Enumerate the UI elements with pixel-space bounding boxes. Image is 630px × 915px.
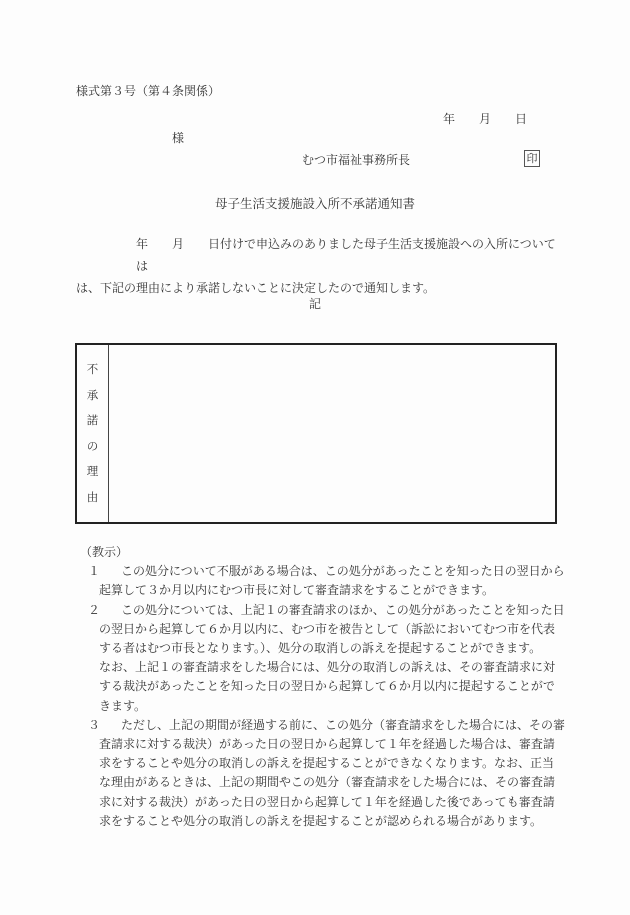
body-month-label: 月	[172, 237, 184, 251]
document-title: 母子生活支援施設入所不承諾通知書	[0, 194, 630, 212]
reason-label-char: 承	[87, 383, 99, 409]
reason-label-char: 不	[87, 357, 99, 383]
instruction-line: 求をすることや処分の取消しの訴えを提起することができなくなります。なお、正当	[99, 754, 560, 773]
reason-label-cell: 不 承 諾 の 理 由	[77, 345, 109, 522]
form-number: 様式第３号（第４条関係）	[76, 82, 220, 99]
instruction-line: 査請求に対する裁決）があった日の翌日から起算して１年を経過した場合は、審査請	[99, 735, 560, 754]
reason-label-char: 諾	[87, 408, 99, 434]
notice-body-line-1: 年月日付けで申込みのありました母子生活支援施設への入所については	[76, 233, 560, 277]
body-year-label: 年	[136, 237, 148, 251]
reason-content-cell[interactable]	[109, 345, 555, 522]
date-month-label: 月	[479, 110, 515, 127]
ki-heading: 記	[0, 295, 630, 312]
instruction-number: １	[88, 562, 100, 581]
seal-stamp-icon: 印	[524, 150, 540, 167]
instruction-line: 起算して３か月以内にむつ市長に対して審査請求をすることができます。	[99, 581, 560, 600]
reason-table: 不 承 諾 の 理 由	[75, 343, 557, 524]
instruction-line: の翌日から起算して６か月以内に、むつ市を被告として（訴訟においてむつ市を代表	[99, 620, 560, 639]
notice-body: 年月日付けで申込みのありました母子生活支援施設への入所については は、下記の理由…	[76, 233, 560, 299]
instruction-line: ただし、上記の期間が経過する前に、この処分（審査請求をした場合には、その審	[99, 716, 560, 735]
issuer-name: むつ市福祉事務所長	[302, 151, 410, 168]
reason-label-char: 由	[87, 485, 99, 511]
instructions-section: （教示） １ この処分について不服がある場合は、この処分があったことを知った日の…	[80, 543, 560, 831]
instruction-line: なお、上記１の審査請求をした場合には、処分の取消しの訴えは、その審査請求に対	[99, 658, 560, 677]
addressee-suffix: 様	[172, 129, 184, 146]
reason-label-char: の	[87, 434, 99, 460]
instruction-item-3: ３ ただし、上記の期間が経過する前に、この処分（審査請求をした場合には、その審 …	[80, 716, 560, 831]
instruction-line: きます。	[99, 697, 560, 716]
instruction-line: する者はむつ市長となります。）、処分の取消しの訴えを提起することができます。	[99, 639, 560, 658]
date-day-label: 日	[515, 110, 527, 127]
instruction-line: な理由があるときは、上記の期間やこの処分（審査請求をした場合には、その審査請	[99, 773, 560, 792]
instruction-line: 求に対する裁決）があった日の翌日から起算して１年を経過した後であっても審査請	[99, 793, 560, 812]
instruction-number: ２	[88, 601, 100, 620]
instruction-line: 求をすることや処分の取消しの訴えを提起することが認められる場合があります。	[99, 812, 560, 831]
body-line-1-text: 日付けで申込みのありました母子生活支援施設への入所については	[136, 237, 556, 273]
instruction-line: する裁決があったことを知った日の翌日から起算して６か月以内に提起することがで	[99, 677, 560, 696]
date-year-label: 年	[443, 110, 479, 127]
instruction-line: この処分について不服がある場合は、この処分があったことを知った日の翌日から	[99, 562, 560, 581]
instructions-heading: （教示）	[80, 543, 560, 562]
date-line: 年月日	[443, 110, 527, 127]
instruction-number: ３	[88, 716, 100, 735]
instruction-item-2: ２ この処分については、上記１の審査請求のほか、この処分があったことを知った日 …	[80, 601, 560, 716]
instruction-item-1: １ この処分について不服がある場合は、この処分があったことを知った日の翌日から …	[80, 562, 560, 600]
reason-label-char: 理	[87, 459, 99, 485]
instruction-line: この処分については、上記１の審査請求のほか、この処分があったことを知った日	[99, 601, 560, 620]
